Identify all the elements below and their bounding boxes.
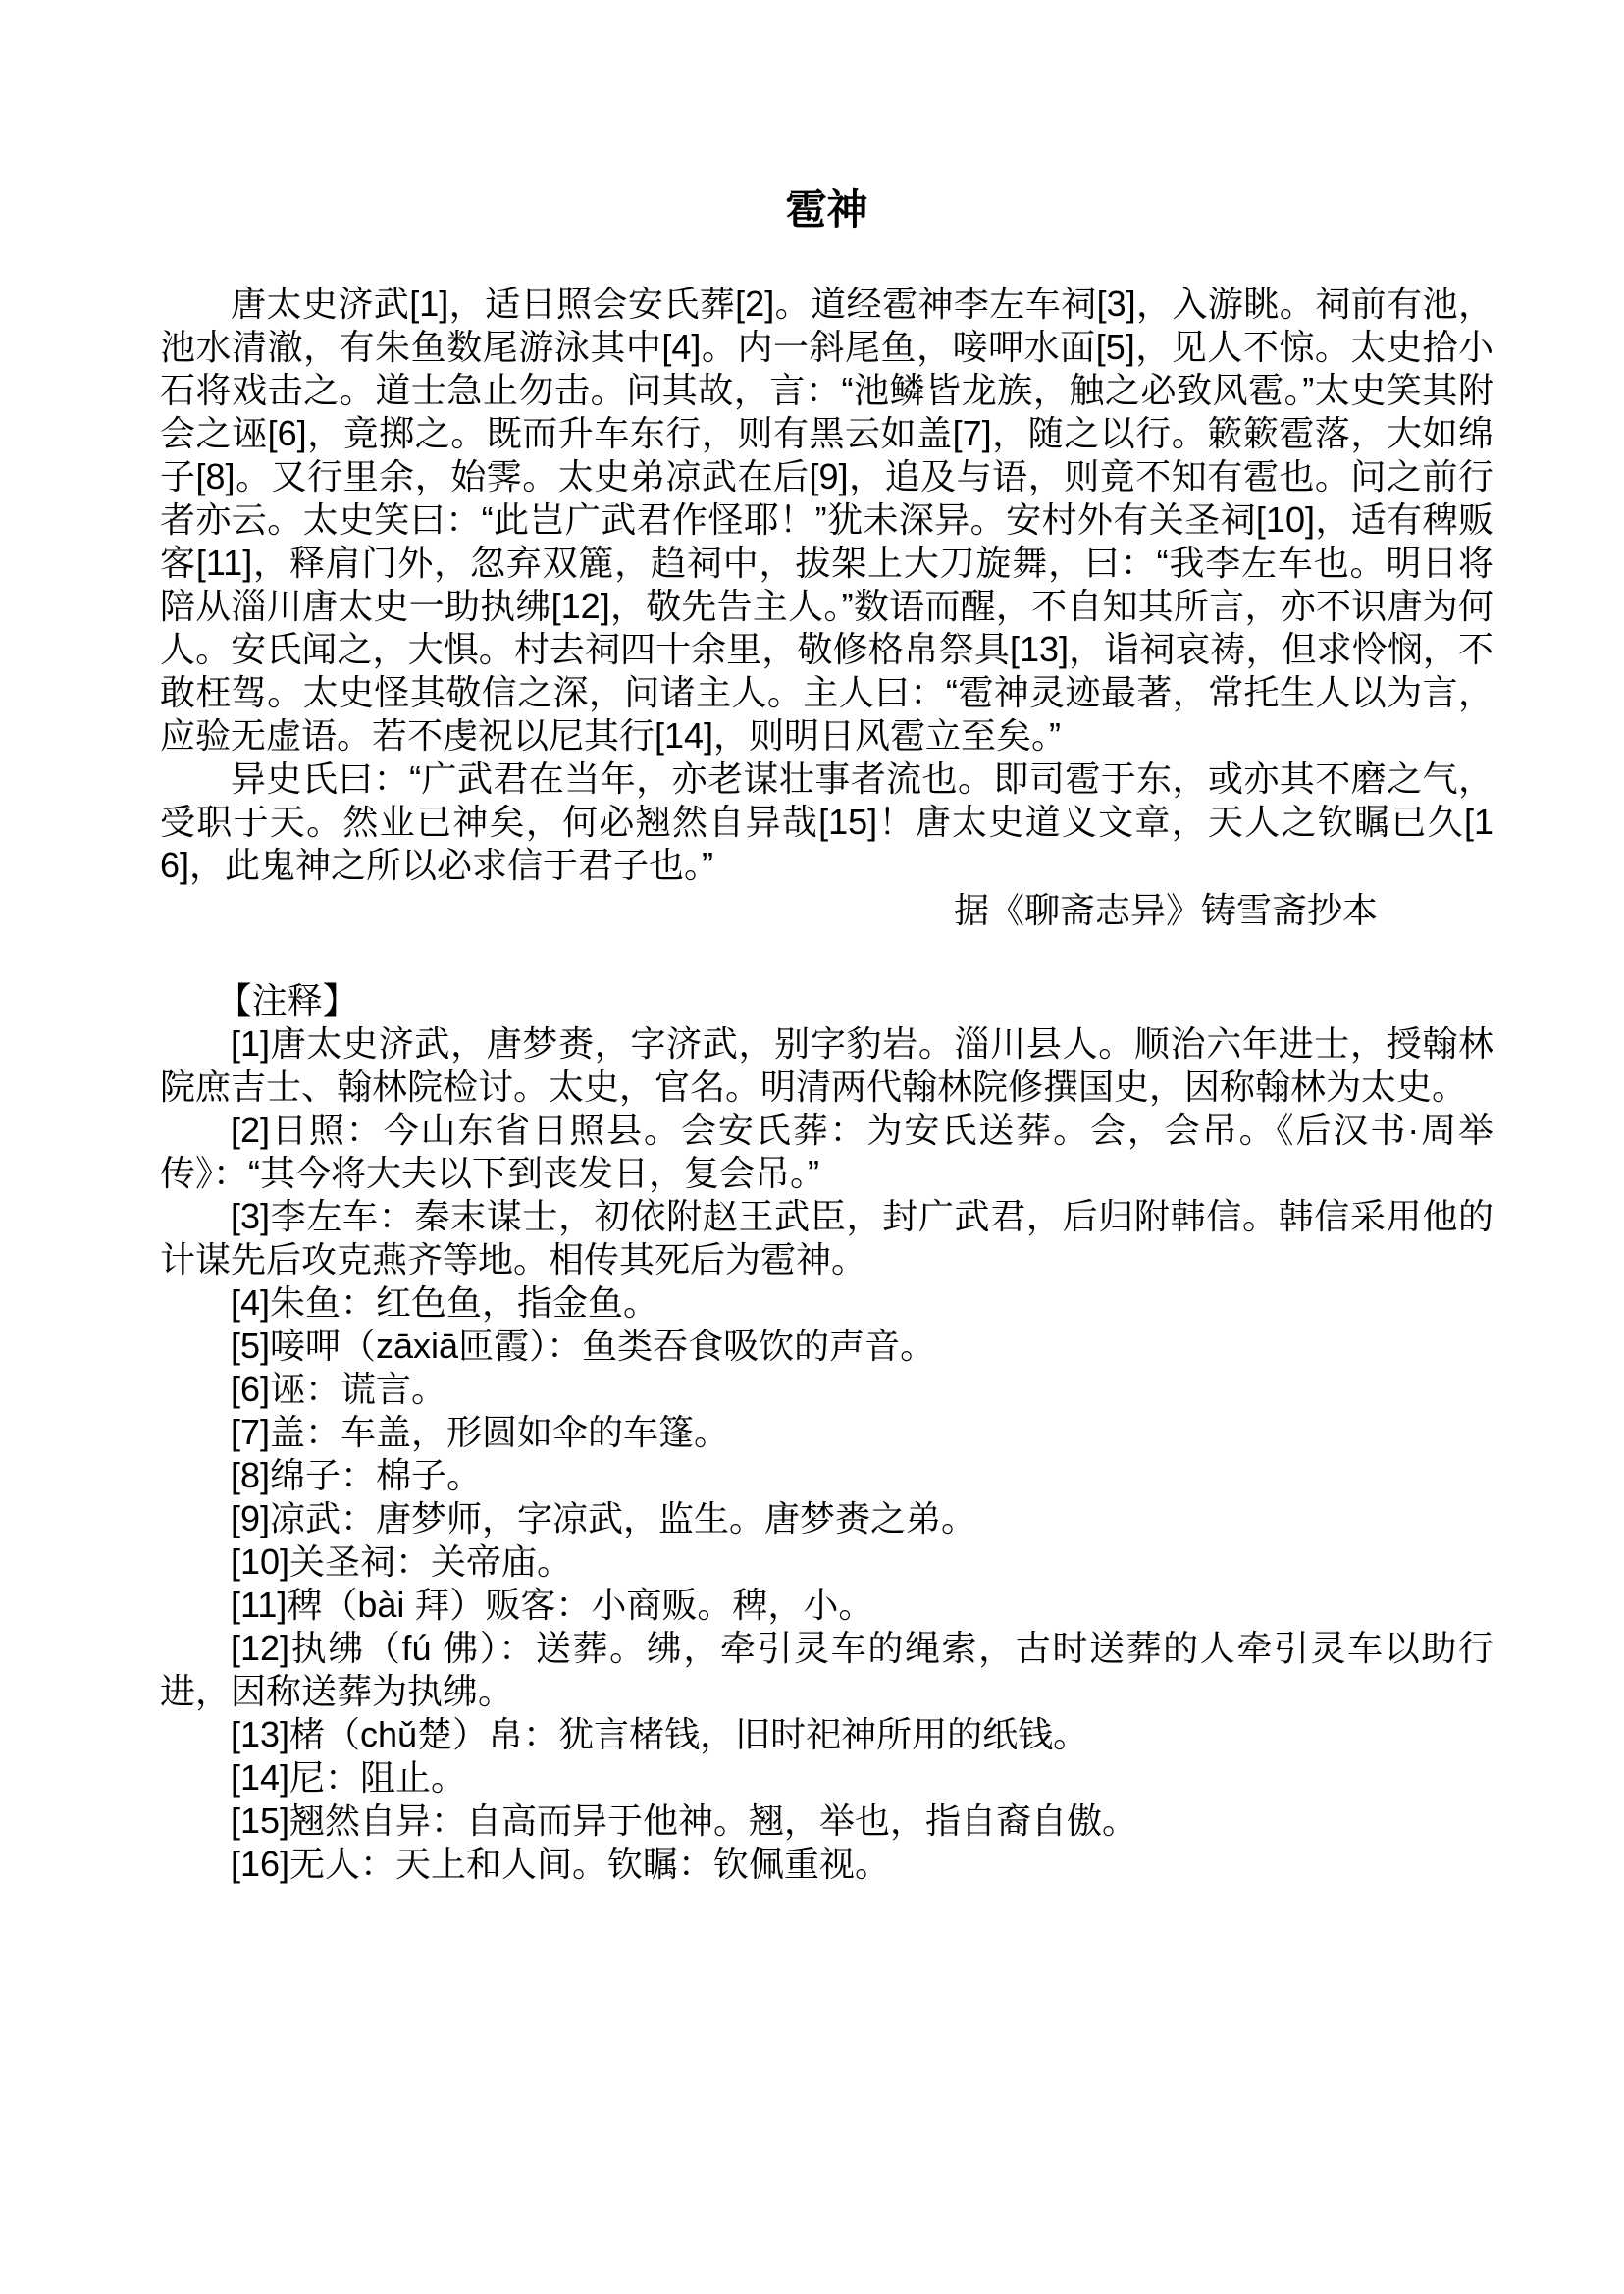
story-paragraph: 唐太史济武[1]，适日照会安氏葬[2]。道经雹神李左车祠[3]，入游眺。祠前有池…	[160, 283, 1493, 757]
note-item: [10]关圣祠：关帝庙。	[160, 1540, 1493, 1584]
source-attribution: 据《聊斋志异》铸雪斋抄本	[160, 889, 1493, 932]
story-body: 唐太史济武[1]，适日照会安氏葬[2]。道经雹神李左车祠[3]，入游眺。祠前有池…	[160, 283, 1493, 887]
note-item: [5]唼呷（zāxiā匝霞）：鱼类吞食吸饮的声音。	[160, 1325, 1493, 1368]
note-item: [11]稗（bài 拜）贩客：小商贩。稗，小。	[160, 1584, 1493, 1627]
note-item: [2]日照：今山东省日照县。会安氏葬：为安氏送葬。会，会吊。《后汉书·周举传》：…	[160, 1109, 1493, 1195]
note-item: [14]尼：阻止。	[160, 1756, 1493, 1799]
note-item: [16]无人：天上和人间。钦瞩：钦佩重视。	[160, 1843, 1493, 1886]
notes-section-header: 【注释】	[160, 979, 1493, 1022]
document-page: 雹神 唐太史济武[1]，适日照会安氏葬[2]。道经雹神李左车祠[3]，入游眺。祠…	[0, 0, 1624, 2294]
note-item: [3]李左车：秦末谋士，初依附赵王武臣，封广武君，后归附韩信。韩信采用他的计谋先…	[160, 1195, 1493, 1281]
note-item: [9]凉武：唐梦师，字凉武，监生。唐梦赉之弟。	[160, 1497, 1493, 1540]
note-item: [7]盖：车盖，形圆如伞的车篷。	[160, 1411, 1493, 1454]
note-item: [4]朱鱼：红色鱼，指金鱼。	[160, 1281, 1493, 1325]
page-title: 雹神	[160, 186, 1493, 234]
story-paragraph: 异史氏曰：“广武君在当年，亦老谋壮事者流也。即司雹于东，或亦其不磨之气，受职于天…	[160, 757, 1493, 887]
note-item: [12]执绋（fú 佛）：送葬。绋，牵引灵车的绳索，古时送葬的人牵引灵车以助行进…	[160, 1627, 1493, 1713]
note-item: [1]唐太史济武，唐梦赉，字济武，别字豹岩。淄川县人。顺治六年进士，授翰林院庶吉…	[160, 1022, 1493, 1109]
note-item: [15]翘然自异：自高而异于他神。翘，举也，指自裔自傲。	[160, 1799, 1493, 1843]
notes-list: [1]唐太史济武，唐梦赉，字济武，别字豹岩。淄川县人。顺治六年进士，授翰林院庶吉…	[160, 1022, 1493, 1886]
note-item: [8]绵子：棉子。	[160, 1454, 1493, 1497]
note-item: [6]诬：谎言。	[160, 1368, 1493, 1411]
note-item: [13]楮（chǔ楚）帛：犹言楮钱，旧时祀神所用的纸钱。	[160, 1713, 1493, 1756]
